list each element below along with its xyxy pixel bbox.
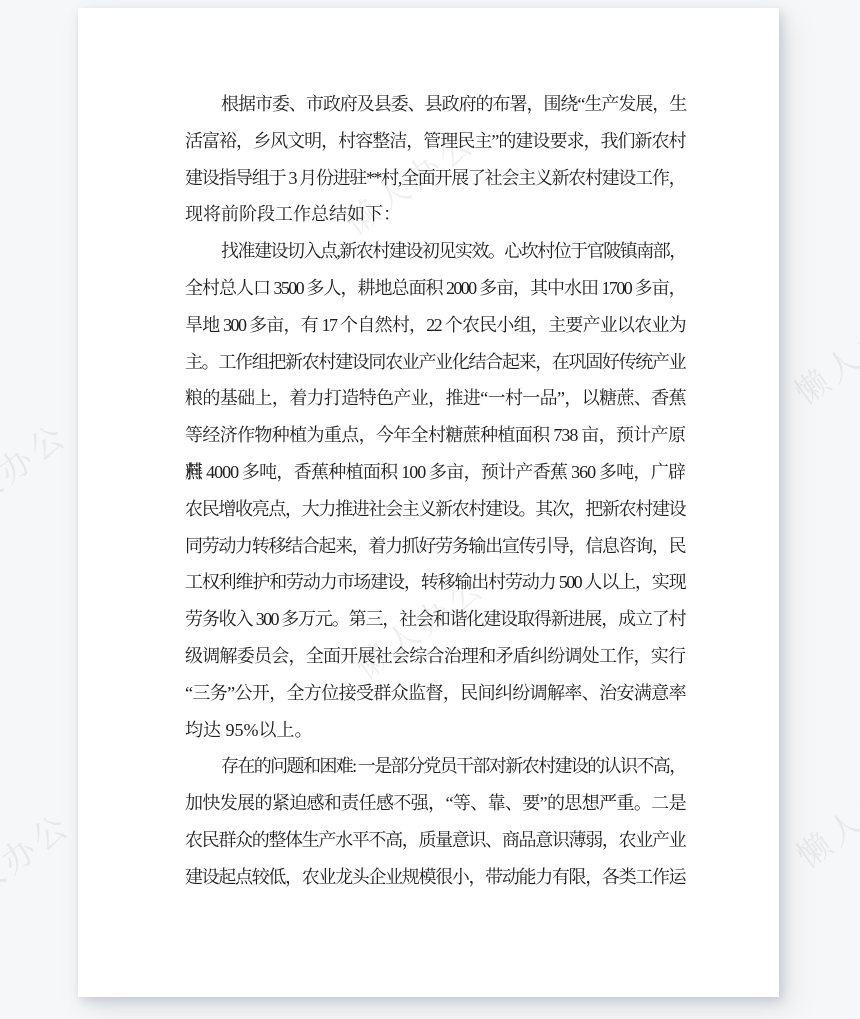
document-line: 找准建设切入点,新农村建设初见实效。心坎村位于官陂镇南部， — [185, 233, 685, 270]
document-line: 现将前阶段工作总结如下： — [185, 196, 685, 233]
document-body: 根据市委、市政府及县委、县政府的布署，围绕“生产发展，生 活富裕，乡风文明，村容… — [185, 86, 685, 896]
document-line: 农民增收亮点，大力推进社会主义新农村建设。其次，把新农村建设 — [185, 491, 685, 528]
document-line: 活富裕，乡风文明，村容整洁，管理民主”的建设要求，我们新农村 — [185, 123, 685, 160]
document-line: 工权利维护和劳动力市场建设，转移输出村劳动力 500 人以上，实现 — [185, 564, 685, 601]
document-line: 均达 95%以上。 — [185, 712, 685, 749]
document-line: 加快发展的紧迫感和责任感不强，“等、靠、要”的思想严重。二是 — [185, 785, 685, 822]
watermark-text: 懒人办公 — [790, 296, 860, 412]
document-line: 建设指导组于 3 月份进驻**村,全面开展了社会主义新农村建设工作， — [185, 160, 685, 197]
document-line: “三务”公开，全方位接受群众监督，民间纠纷调解率、治安满意率 — [185, 675, 685, 712]
document-line: 存在的问题和困难: 一是部分党员干部对新农村建设的认识不高， — [185, 748, 685, 785]
document-line: 同劳动力转移结合起来，着力抓好劳务输出宣传引导，信息咨询，民 — [185, 528, 685, 565]
document-line: 粮的基础上，着力打造特色产业，推进“一村一品”，以糖蔗、香蕉 — [185, 380, 685, 417]
document-line: 全村总人口 3500 多人，耕地总面积 2000 多亩，其中水田 1700 多亩… — [185, 270, 685, 307]
document-line: 蔗 4000 多吨，香蕉种植面积 100 多亩，预计产香蕉 360 多吨，广辟 — [185, 454, 685, 491]
watermark-text: 懒人办公 — [0, 419, 75, 535]
document-line: 劳务收入 300 多万元。第三，社会和谐化建设取得新进展，成立了村 — [185, 601, 685, 638]
document-line: 农民群众的整体生产水平不高，质量意识、商品意识薄弱，农业产业 — [185, 822, 685, 859]
document-line: 等经济作物种植为重点，今年全村糖蔗种植面积 738 亩，预计产原料 — [185, 417, 685, 454]
document-line: 建设起点较低，农业龙头企业规模很小，带动能力有限，各类工作运 — [185, 859, 685, 896]
document-line: 级调解委员会，全面开展社会综合治理和矛盾纠纷调处工作，实行 — [185, 638, 685, 675]
document-line: 主。工作组把新农村建设同农业产业化结合起来，在巩固好传统产业 — [185, 344, 685, 381]
document-line: 根据市委、市政府及县委、县政府的布署，围绕“生产发展，生 — [185, 86, 685, 123]
document-line: 旱地 300 多亩，有 17 个自然村，22 个农民小组，主要产业以农业为 — [185, 307, 685, 344]
watermark-text: 懒人办公 — [0, 809, 78, 925]
watermark-text: 懒人办公 — [792, 759, 860, 875]
